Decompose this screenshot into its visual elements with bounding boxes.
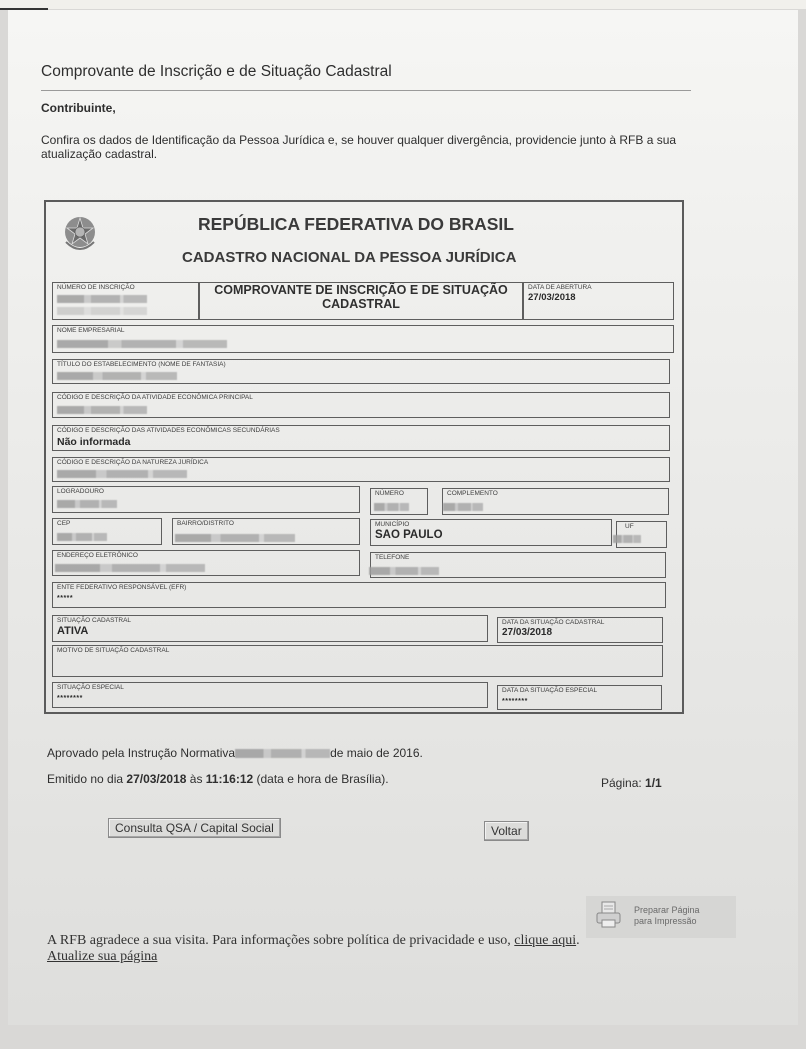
field-value: ********	[57, 695, 83, 702]
privacy-note: A RFB agradece a sua visita. Para inform…	[47, 933, 580, 949]
field-data-situacao-especial: DATA DA SITUAÇÃO ESPECIAL ********	[497, 685, 662, 710]
page-label: Página:	[601, 776, 645, 790]
field-label: ENTE FEDERATIVO RESPONSÁVEL (EFR)	[57, 584, 186, 591]
field-atividades-secundarias: CÓDIGO E DESCRIÇÃO DAS ATIVIDADES ECONÔM…	[52, 425, 670, 451]
redacted-value	[443, 503, 483, 511]
field-label: TELEFONE	[375, 554, 409, 561]
intro-text: Confira os dados de Identificação da Pes…	[41, 133, 691, 161]
document-title-line1: COMPROVANTE DE INSCRIÇÃO E DE SITUAÇÃO	[200, 283, 522, 297]
field-logradouro: LOGRADOURO	[52, 486, 360, 513]
field-label: NÚMERO DE INSCRIÇÃO	[57, 284, 135, 291]
field-atividade-principal: CÓDIGO E DESCRIÇÃO DA ATIVIDADE ECONÔMIC…	[52, 392, 670, 418]
title-divider	[41, 90, 691, 91]
field-municipio: MUNICÍPIO SAO PAULO	[370, 519, 612, 546]
privacy-link[interactable]: clique aqui	[514, 933, 576, 948]
field-situacao-especial: SITUAÇÃO ESPECIAL ********	[52, 682, 488, 708]
field-nome-empresarial: NOME EMPRESARIAL	[52, 325, 674, 353]
redacted-value	[613, 535, 641, 543]
field-label: CÓDIGO E DESCRIÇÃO DAS ATIVIDADES ECONÔM…	[57, 427, 280, 434]
field-label: DATA DA SITUAÇÃO CADASTRAL	[502, 619, 604, 626]
print-label[interactable]: Preparar Página para Impressão	[634, 905, 700, 927]
printer-icon[interactable]	[594, 900, 624, 930]
field-numero-inscricao: NÚMERO DE INSCRIÇÃO	[52, 282, 199, 320]
field-value: ********	[502, 698, 528, 705]
field-label: CEP	[57, 520, 70, 527]
field-label: DATA DE ABERTURA	[528, 284, 592, 291]
redacted-value	[175, 534, 295, 542]
field-label: NÚMERO	[375, 490, 404, 497]
field-label: DATA DA SITUAÇÃO ESPECIAL	[502, 687, 597, 694]
field-value: 27/03/2018	[502, 627, 552, 638]
field-email: ENDEREÇO ELETRÔNICO	[52, 550, 360, 576]
privacy-text: A RFB agradece a sua visita. Para inform…	[47, 933, 514, 948]
voltar-button[interactable]: Voltar	[484, 821, 529, 841]
redacted-value	[57, 307, 147, 315]
redacted-value	[57, 470, 187, 478]
field-natureza-juridica: CÓDIGO E DESCRIÇÃO DA NATUREZA JURÍDICA	[52, 457, 670, 482]
field-label: LOGRADOURO	[57, 488, 104, 495]
greeting: Contribuinte,	[41, 101, 116, 115]
approval-note: Aprovado pela Instrução Normativade maio…	[47, 746, 423, 760]
page-indicator: Página: 1/1	[601, 776, 662, 790]
field-titulo-estabelecimento: TÍTULO DO ESTABELECIMENTO (NOME DE FANTA…	[52, 359, 670, 384]
redacted-value	[374, 503, 409, 511]
approval-suffix: de maio de 2016.	[330, 746, 423, 760]
field-bairro: BAIRRO/DISTRITO	[172, 518, 360, 545]
field-value: Não informada	[57, 436, 131, 448]
field-label: MUNICÍPIO	[375, 521, 409, 528]
field-label: ENDEREÇO ELETRÔNICO	[57, 552, 138, 559]
field-label: NOME EMPRESARIAL	[57, 327, 125, 334]
refresh-page-link[interactable]: Atualize sua página	[47, 949, 157, 965]
field-label: MOTIVO DE SITUAÇÃO CADASTRAL	[57, 647, 169, 654]
field-complemento: COMPLEMENTO	[442, 488, 669, 515]
field-situacao-cadastral: SITUAÇÃO CADASTRAL ATIVA	[52, 615, 488, 642]
field-label: BAIRRO/DISTRITO	[177, 520, 234, 527]
field-data-situacao-cadastral: DATA DA SITUAÇÃO CADASTRAL 27/03/2018	[497, 617, 663, 643]
field-value: ATIVA	[57, 625, 88, 637]
issued-note: Emitido no dia 27/03/2018 às 11:16:12 (d…	[47, 772, 389, 786]
redacted-value	[57, 372, 177, 380]
field-label: UF	[625, 523, 634, 530]
redacted-value	[57, 500, 117, 508]
field-efr: ENTE FEDERATIVO RESPONSÁVEL (EFR) *****	[52, 582, 666, 608]
field-label: TÍTULO DO ESTABELECIMENTO (NOME DE FANTA…	[57, 361, 226, 368]
redacted-value	[369, 567, 439, 575]
field-uf: UF	[616, 521, 667, 548]
field-label: COMPLEMENTO	[447, 490, 498, 497]
redacted-value	[235, 749, 330, 758]
redacted-value	[55, 564, 205, 572]
page-value: 1/1	[645, 776, 662, 790]
print-label-line2: para Impressão	[634, 916, 700, 927]
redacted-value	[57, 533, 107, 541]
redacted-value	[57, 295, 147, 303]
heading-cadastro: CADASTRO NACIONAL DA PESSOA JURÍDICA	[182, 249, 516, 266]
top-edge	[0, 0, 806, 9]
print-label-line1: Preparar Página	[634, 905, 700, 916]
field-label: CÓDIGO E DESCRIÇÃO DA ATIVIDADE ECONÔMIC…	[57, 394, 253, 401]
field-motivo-situacao: MOTIVO DE SITUAÇÃO CADASTRAL	[52, 645, 663, 677]
field-label: CÓDIGO E DESCRIÇÃO DA NATUREZA JURÍDICA	[57, 459, 208, 466]
field-label: SITUAÇÃO ESPECIAL	[57, 684, 124, 691]
approval-prefix: Aprovado pela Instrução Normativa	[47, 746, 235, 760]
field-telefone: TELEFONE	[370, 552, 666, 578]
document-title: COMPROVANTE DE INSCRIÇÃO E DE SITUAÇÃO C…	[200, 283, 522, 311]
redacted-value	[57, 406, 147, 414]
field-label: SITUAÇÃO CADASTRAL	[57, 617, 131, 624]
heading-republic: REPÚBLICA FEDERATIVA DO BRASIL	[198, 214, 514, 235]
privacy-end: .	[576, 933, 580, 948]
field-value: SAO PAULO	[375, 529, 443, 541]
field-numero: NÚMERO	[370, 488, 428, 515]
consulta-qsa-button[interactable]: Consulta QSA / Capital Social	[108, 818, 281, 838]
field-value: 27/03/2018	[528, 292, 576, 303]
issued-suffix: (data e hora de Brasília).	[253, 772, 388, 786]
field-value: *****	[57, 595, 73, 602]
document-title-line2: CADASTRAL	[200, 297, 522, 311]
page-title: Comprovante de Inscrição e de Situação C…	[41, 63, 392, 81]
issued-prefix: Emitido no dia	[47, 772, 126, 786]
brazil-coat-of-arms-icon	[58, 212, 102, 256]
redacted-value	[57, 340, 227, 348]
issued-time: 11:16:12	[206, 772, 253, 786]
issued-mid: às	[186, 772, 205, 786]
issued-date: 27/03/2018	[126, 772, 186, 786]
field-data-abertura: DATA DE ABERTURA 27/03/2018	[523, 282, 674, 320]
field-cep: CEP	[52, 518, 162, 545]
